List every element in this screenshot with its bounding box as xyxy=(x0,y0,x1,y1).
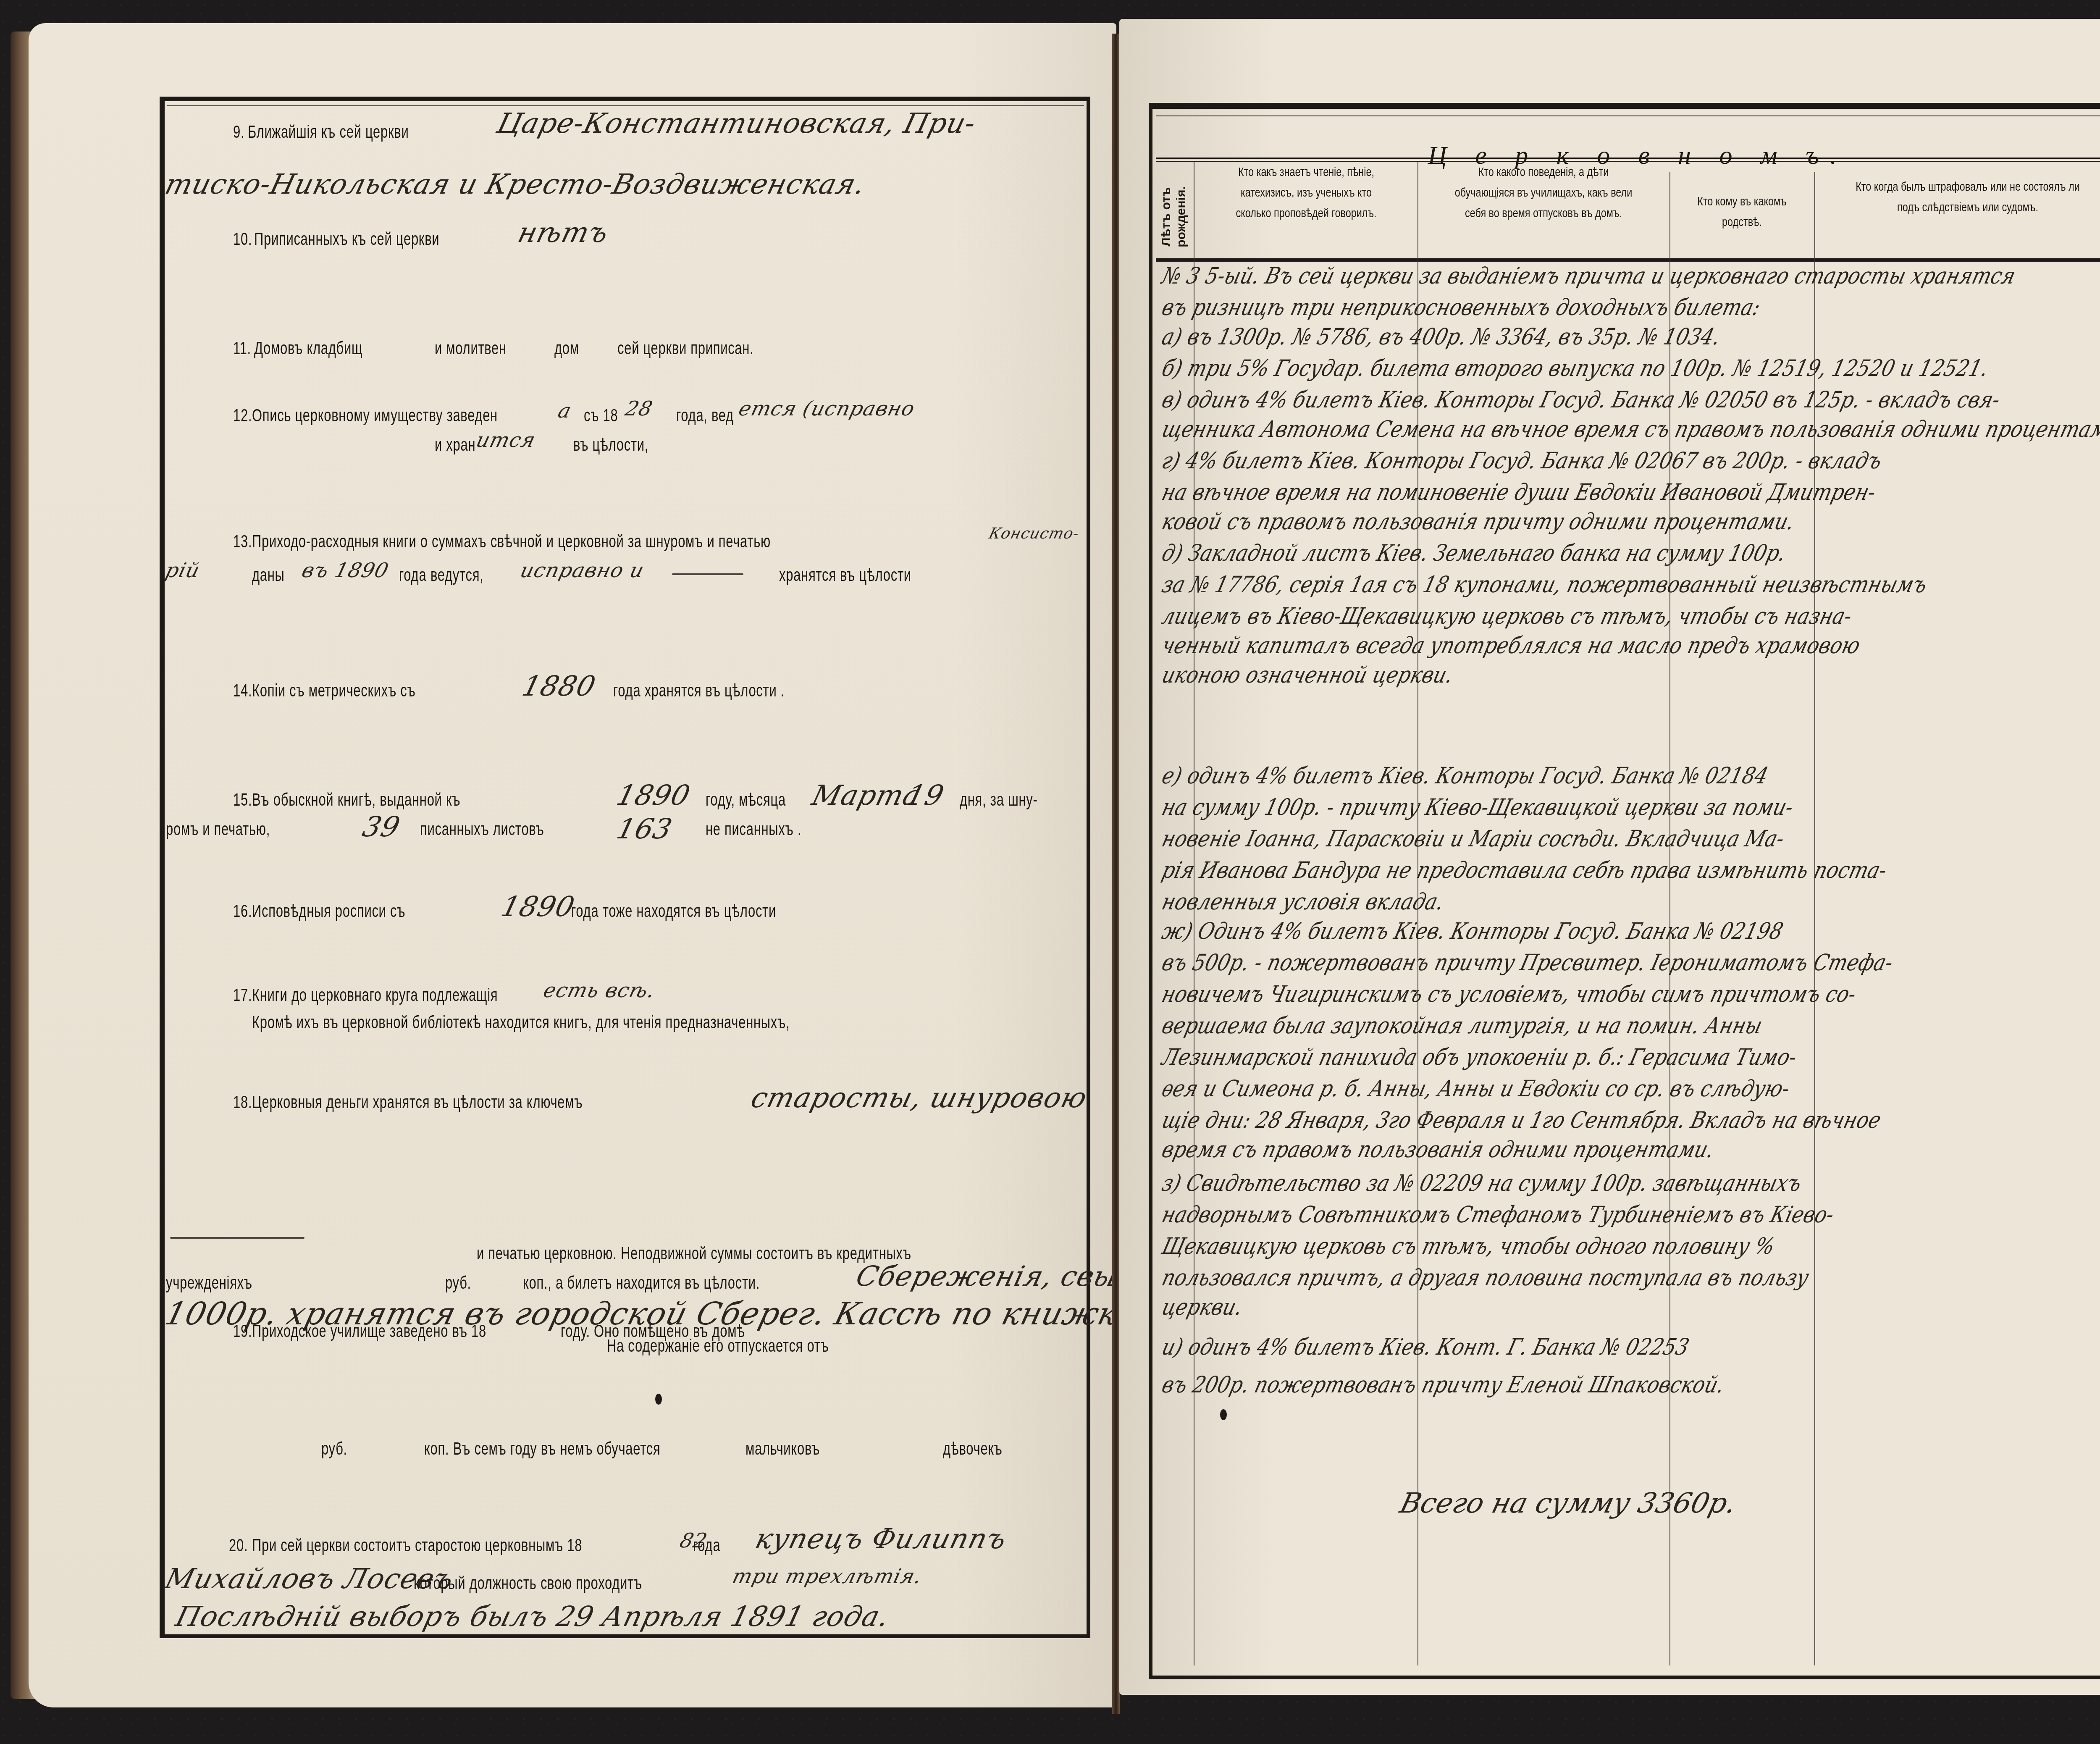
entry-line: время съ правомъ пользованія одними проц… xyxy=(1159,1136,1717,1163)
item-20-hw-4: три трехлѣтія. xyxy=(730,1565,924,1588)
item-19-text-3: На содержаніе его отпускается отъ xyxy=(607,1336,829,1356)
entry-line: и) одинъ 4% билетъ Кіев. Конт. Г. Банка … xyxy=(1159,1334,1692,1360)
item-12-hw-3: ется (исправно xyxy=(736,397,917,420)
entry-line: а) въ 1300р. № 5786, въ 400р. № 3364, въ… xyxy=(1159,323,1723,350)
item-12-text-2: съ 18 xyxy=(584,405,618,426)
entry-line: въ 200р. пожертвованъ причту Еленой Шпак… xyxy=(1159,1371,1727,1398)
item-13-hw-4: исправно и xyxy=(518,559,647,582)
item-19-text-5: коп. Въ семъ году въ немъ обучается xyxy=(424,1439,660,1459)
entry-line: б) три 5% Государ. билета второго выпуск… xyxy=(1159,355,1991,381)
item-12-text-3: года, вед xyxy=(676,405,734,426)
item-15-text-3: дня, за шну- xyxy=(960,790,1038,810)
item-12-text-5: въ цѣлости, xyxy=(573,435,648,455)
column-header-penalties: Кто когда былъ штрафовалъ или не состоял… xyxy=(1851,176,2084,218)
item-17-text-2: Кромѣ ихъ въ церковной библіотекѣ находи… xyxy=(252,1012,790,1033)
item-13-hw-3: въ 1890 xyxy=(299,559,391,582)
entry-line: д) Закладной листъ Кіев. Земельнаго банк… xyxy=(1159,540,1789,566)
item-11-number: 11. xyxy=(233,338,251,359)
item-13-text-5: хранятся въ цѣлости xyxy=(779,565,911,586)
item-13-text-3: года xyxy=(399,565,426,586)
item-17-hw-1: есть всѣ. xyxy=(541,979,658,1002)
item-20-hw-5: Послѣдній выборъ былъ 29 Апрѣля 1891 год… xyxy=(172,1600,892,1633)
item-10-label: Приписанныхъ къ сей церкви xyxy=(254,229,439,250)
item-14-text-1: Копіи съ метрическихъ съ xyxy=(252,680,416,701)
blank-line xyxy=(170,1237,304,1239)
entry-line: въ ризницѣ три неприкосновенныхъ доходны… xyxy=(1159,294,1763,320)
ink-blot xyxy=(1220,1409,1227,1420)
item-16-hw-1: 1890 xyxy=(498,890,578,923)
item-20-hw-2: купецъ Филиппъ xyxy=(752,1523,1010,1555)
item-19-text-4: руб. xyxy=(321,1439,347,1459)
item-19-text-6: мальчиковъ xyxy=(745,1439,820,1459)
item-17-text-1: Книги до церковнаго круга подлежащія xyxy=(252,985,498,1006)
entry-total: Всего на сумму 3360р. xyxy=(1396,1487,1740,1519)
item-19-text-7: дѣвочекъ xyxy=(943,1439,1003,1459)
item-12-number: 12. xyxy=(233,405,252,426)
item-18-number: 18. xyxy=(233,1092,252,1113)
header-rule-top xyxy=(1156,158,2100,159)
item-9-number: 9. xyxy=(233,122,244,142)
item-14-number: 14. xyxy=(233,680,252,701)
column-header-behaviour: Кто какого поведенія, а дѣти обучающіяся… xyxy=(1449,162,1638,223)
entry-line: новеніе Іоанна, Парасковіи и Марiи сосѣд… xyxy=(1159,825,1787,852)
item-16-text-1: Исповѣдныя росписи съ xyxy=(252,901,405,922)
item-19-text-1: Приходское училище заведено въ 18 xyxy=(252,1321,486,1342)
item-14-text-2: года хранятся въ цѣлости . xyxy=(613,680,785,701)
entry-line: вершаема была заупокойная литургія, и на… xyxy=(1159,1012,1765,1039)
entry-line: церкви. xyxy=(1159,1294,1245,1320)
column-header-reading: Кто какъ знаетъ чтеніе, пѣніе, катехизис… xyxy=(1223,162,1390,223)
item-11-text-1: Домовъ кладбищ xyxy=(254,338,362,359)
header-rule-bottom xyxy=(1156,258,2100,262)
entry-line: рія Иванова Бандура не предоставила себѣ… xyxy=(1159,857,1890,883)
item-9-handwritten-2: тиско-Никольская и Кресто-Воздвиженская. xyxy=(162,168,869,200)
column-header-kinship: Кто кому въ какомъ родствѣ. xyxy=(1689,191,1795,232)
item-18-text-2: и печатью церковною. Неподвижной суммы с… xyxy=(477,1243,911,1264)
item-20-text-1: При сей церкви состоитъ старостою церков… xyxy=(252,1535,582,1556)
entry-line: ѳея и Симеона р. б. Анны, Анны и Евдокіи… xyxy=(1159,1075,1793,1102)
item-15-text-6: не писанныхъ . xyxy=(706,819,801,840)
item-20-hw-3: Михайловъ Лосевъ xyxy=(162,1563,457,1595)
item-18-text-3: учрежденіяхъ xyxy=(166,1273,252,1293)
item-14-hw-1: 1880 xyxy=(519,670,599,702)
item-10-handwritten: нѣтъ xyxy=(514,216,612,249)
entry-line: е) одинъ 4% билетъ Кіев. Конторы Госуд. … xyxy=(1159,762,1771,789)
entry-line: иконою означенной церкви. xyxy=(1159,662,1456,688)
item-18-hw-1: старосты, шнуровою xyxy=(748,1082,1090,1114)
entry-line: лицемъ въ Кіево-Щекавицкую церковь съ тѣ… xyxy=(1159,603,1855,629)
item-18-text-5: коп., а билетъ находится въ цѣлости. xyxy=(523,1273,760,1293)
ink-blot xyxy=(655,1394,662,1405)
entry-line: в) одинъ 4% билетъ Кіев. Конторы Госуд. … xyxy=(1159,386,2003,413)
item-15-hw-5: 163 xyxy=(613,813,675,845)
entry-line: щенника Автонома Семена на вѣчное время … xyxy=(1159,416,2100,442)
item-17-number: 17. xyxy=(233,985,252,1006)
item-15-text-4: ромъ и печатью, xyxy=(166,819,270,840)
entry-line: на сумму 100р. - причту Кіево-Щекавицкой… xyxy=(1159,794,1796,820)
item-11-text-3: дом xyxy=(554,338,579,359)
blank-line xyxy=(672,573,743,575)
item-9-label: Ближайшія къ сей церкви xyxy=(248,122,409,142)
item-18-text-1: Церковныя деньги хранятся въ цѣлости за … xyxy=(252,1092,583,1113)
item-9-handwritten-1: Царе-Константиновская, При- xyxy=(493,107,979,139)
entry-line: новленныя условія вклада. xyxy=(1159,888,1447,915)
left-page-frame xyxy=(160,97,1090,1638)
item-13-text-1: Приходо-расходныя книги о суммахъ свѣчно… xyxy=(252,531,771,552)
entry-line: Щекавицкую церковь съ тѣмъ, чтобы одного… xyxy=(1159,1233,1777,1259)
entry-line: Лезинмарской панихида объ упокоеніи р. б… xyxy=(1159,1044,1800,1070)
entry-line: на вѣчное время на поминовеніе души Евдо… xyxy=(1159,479,1879,505)
item-16-number: 16. xyxy=(233,901,252,922)
item-13-text-2: даны xyxy=(252,565,285,586)
column-header-age: Лѣтъ отъ рожденія. xyxy=(1153,162,1193,258)
entry-line: г) 4% билетъ Кіев. Конторы Госуд. Банка … xyxy=(1159,447,1885,474)
item-13-number: 13. xyxy=(233,531,252,552)
entry-line: № 3 5-ый. Въ сей церкви за выданіемъ при… xyxy=(1159,263,2018,289)
entry-line: щіе дни: 28 Января, 3го Февраля и 1го Се… xyxy=(1159,1107,1884,1133)
item-12-text-4: и хран xyxy=(435,435,475,455)
item-20-number: 20. xyxy=(229,1535,248,1556)
item-15-number: 15. xyxy=(233,790,252,810)
item-15-text-5: писанныхъ листовъ xyxy=(420,819,544,840)
item-16-text-2: года тоже находятся въ цѣлости xyxy=(571,901,776,922)
item-11-text-2: и молитвен xyxy=(435,338,507,359)
entry-line: ж) Одинъ 4% билетъ Кіев. Конторы Госуд. … xyxy=(1159,918,1786,944)
item-15-hw-1: 1890 xyxy=(613,779,693,812)
item-20-text-3: который должность свою проходитъ xyxy=(414,1573,642,1594)
item-15-text-2: году, мѣсяца xyxy=(706,790,786,810)
entry-line: пользовался причтъ, а другая половина по… xyxy=(1159,1264,1811,1291)
item-12-hw-4: ится xyxy=(474,428,538,452)
item-11-text-4: сей церкви приписан. xyxy=(617,338,753,359)
entry-line: ченный капиталъ всегда употреблялся на м… xyxy=(1159,632,1863,659)
item-10-number: 10. xyxy=(233,229,252,250)
item-18-text-4: руб. xyxy=(445,1273,471,1293)
item-13-hw-2: рій xyxy=(163,559,202,582)
entry-line: надворнымъ Совѣтникомъ Стефаномъ Турбине… xyxy=(1159,1201,1837,1228)
item-19-number: 19. xyxy=(233,1321,252,1342)
item-15-text-1: Въ обыскной книгѣ, выданной къ xyxy=(252,790,460,810)
book-spine xyxy=(1112,34,1120,1714)
item-13-text-4: ведутся, xyxy=(430,565,484,586)
item-20-text-2: года xyxy=(693,1535,720,1556)
entry-line: з) Свидѣтельство за № 02209 на сумму 100… xyxy=(1159,1170,1804,1196)
item-13-hw-1: Консисто- xyxy=(987,525,1081,542)
entry-line: за № 17786, серія 1ая съ 18 купонами, по… xyxy=(1159,571,1930,598)
entry-line: ковой съ правомъ пользованія причту одни… xyxy=(1159,508,1797,535)
item-12-text-1: Опись церковному имуществу заведен xyxy=(252,405,498,426)
entry-line: новичемъ Чигиринскимъ съ условіемъ, чтоб… xyxy=(1159,981,1859,1007)
entry-line: въ 500р. - пожертвованъ причту Пресвитер… xyxy=(1159,949,1896,976)
